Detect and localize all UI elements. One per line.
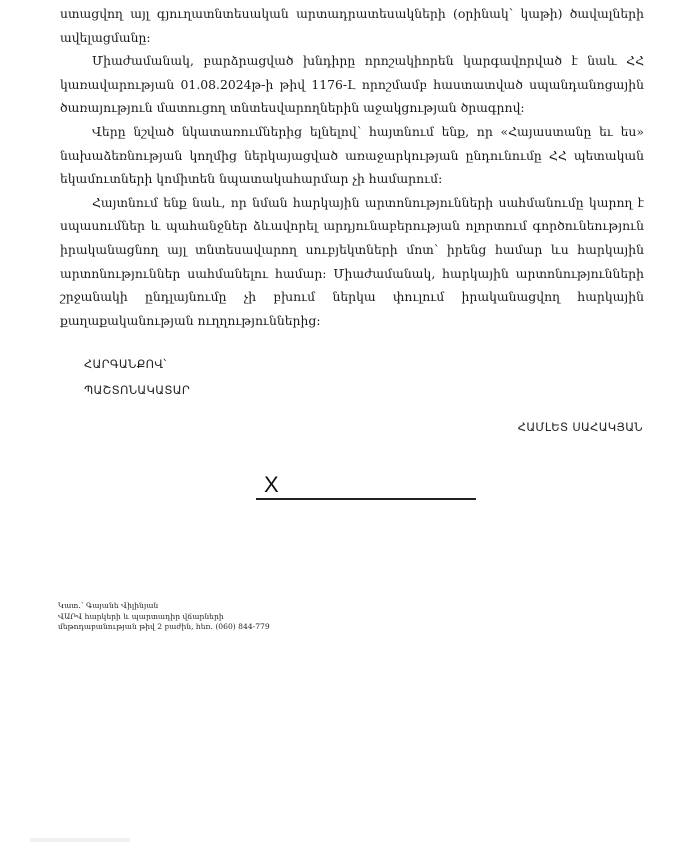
document-body: ստացվող այլ գյուղատնտեսական արտադրատեսակ…: [60, 2, 644, 332]
signature-mark: X: [264, 472, 279, 498]
signer-name: ՀԱՄԼԵՏ ՍԱՀԱԿՅԱՆ: [518, 420, 643, 434]
signature-line: [256, 498, 476, 500]
paragraph-government-program: Միաժամանակ, բարձրացված խնդիրը որոշակիորե…: [60, 49, 644, 120]
executor-footer: Կատ.՝ Գայանե Վիլինյան ՎԱՐՎ հարկերի և պար…: [58, 601, 270, 633]
footer-contact: մեթոդաբանության թիվ 2 բաժին, հեռ. (060) …: [58, 622, 270, 633]
signer-position: ՊԱՇՏՈՆԱԿԱՏԱՐ: [84, 383, 190, 397]
paragraph-tax-policy: Հայտնում ենք նաև, որ նման հարկային արտոն…: [60, 191, 644, 333]
faint-bottom-mark: [30, 838, 130, 842]
closing-salutation: ՀԱՐԳԱՆՔՈՎ՝: [84, 357, 166, 371]
footer-executor: Կատ.՝ Գայանե Վիլինյան: [58, 601, 270, 612]
document-page: ստացվող այլ գյուղատնտեսական արտադրատեսակ…: [0, 0, 676, 845]
paragraph-conclusion: Վերը նշված նկատառումներից ելնելով՝ հայտն…: [60, 120, 644, 191]
footer-department: ՎԱՐՎ հարկերի և պարտադիր վճարների: [58, 612, 270, 623]
paragraph-continuation: ստացվող այլ գյուղատնտեսական արտադրատեսակ…: [60, 2, 644, 49]
